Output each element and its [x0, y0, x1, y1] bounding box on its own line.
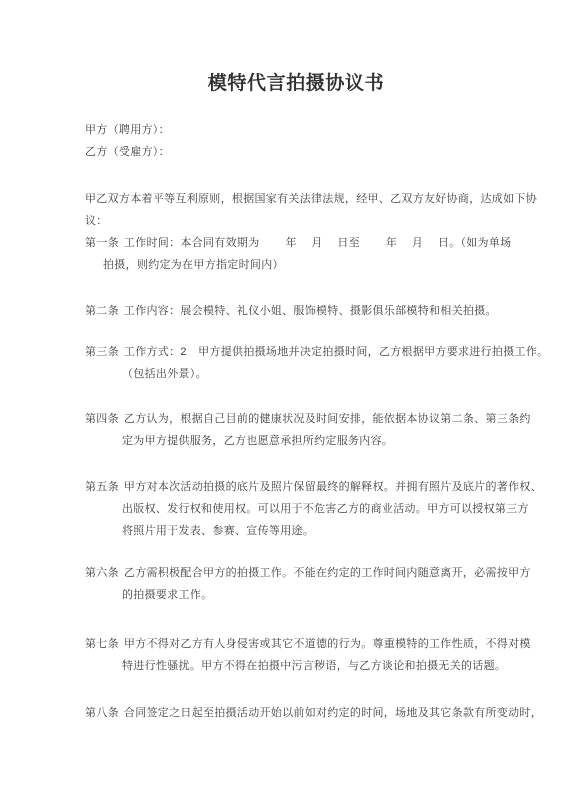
clause-4-text: 定为甲方提供服务，乙方也愿意承担所约定服务内容。	[85, 430, 526, 452]
clause-line: 第五条甲方对本次活动拍摄的底片及照片保留最终的解释权。并拥有照片及底片的著作权、	[85, 476, 526, 498]
clause-line: 第八条合同签定之日起至拍摄活动开始以前如对约定的时间，场地及其它条款有所变动时，	[85, 702, 526, 724]
clause-8-text: 合同签定之日起至拍摄活动开始以前如对约定的时间，场地及其它条款有所变动时，	[124, 707, 542, 719]
clause-line: 第二条工作内容：展会模特、礼仪小姐、服饰模特、摄影俱乐部模特和相关拍摄。	[85, 300, 526, 322]
clause-7: 第七条甲方不得对乙方有人身侵害或其它不道德的行为。尊重模特的工作性质，不得对模 …	[85, 633, 526, 677]
clause-6: 第六条乙方需积极配合甲方的拍摄工作。不能在约定的工作时间内随意离开，必需按甲方 …	[85, 562, 526, 606]
clause-3-number: 第三条	[85, 346, 119, 358]
clause-6-text: 的拍摄要求工作。	[85, 584, 526, 606]
clause-line: 第七条甲方不得对乙方有人身侵害或其它不道德的行为。尊重模特的工作性质，不得对模	[85, 633, 526, 655]
preamble-line: 议：	[85, 210, 526, 232]
clause-8-number: 第八条	[85, 707, 119, 719]
party-a-line: 甲方（聘用方）：	[85, 119, 170, 141]
party-b-line: 乙方（受雇方）：	[85, 141, 170, 163]
clause-1-number: 第一条	[85, 237, 119, 249]
clause-3-text: 工作方式：2 甲方提供拍摄场地并决定拍摄时间，乙方根据甲方要求进行拍摄工作。	[124, 346, 549, 358]
clause-7-number: 第七条	[85, 638, 119, 650]
contract-document-page: 模特代言拍摄协议书 甲方（聘用方）： 乙方（受雇方）： 甲乙双方本着平等互利原则…	[0, 0, 566, 800]
clause-6-text: 乙方需积极配合甲方的拍摄工作。不能在约定的工作时间内随意离开，必需按甲方	[124, 567, 531, 579]
clause-1-text: 工作时间：本合同有效期为 年 月 日至 年 月 日。（如为单场	[124, 237, 512, 249]
clause-5-text: 出版权、发行权和使用权。可以用于不危害乙方的商业活动。甲方可以授权第三方	[85, 498, 526, 520]
clause-3-text: （包括出外景）。	[85, 363, 526, 385]
clause-4-number: 第四条	[85, 413, 119, 425]
clause-line: 第一条工作时间：本合同有效期为 年 月 日至 年 月 日。（如为单场	[85, 232, 526, 254]
clause-5-text: 甲方对本次活动拍摄的底片及照片保留最终的解释权。并拥有照片及底片的著作权、	[124, 481, 542, 493]
document-title: 模特代言拍摄协议书	[85, 71, 507, 97]
clause-3: 第三条工作方式：2 甲方提供拍摄场地并决定拍摄时间，乙方根据甲方要求进行拍摄工作…	[85, 341, 526, 385]
clause-7-text: 特进行性骚扰。甲方不得在拍摄中污言秽语，与乙方谈论和拍摄无关的话题。	[85, 655, 526, 677]
clause-4: 第四条乙方认为，根据自己目前的健康状况及时间安排，能依据本协议第二条、第三条约 …	[85, 408, 526, 452]
clause-2-text: 工作内容：展会模特、礼仪小姐、服饰模特、摄影俱乐部模特和相关拍摄。	[124, 305, 497, 317]
clause-5-text: 将照片用于发表、参赛、宣传等用途。	[85, 520, 526, 542]
clause-line: 第四条乙方认为，根据自己目前的健康状况及时间安排，能依据本协议第二条、第三条约	[85, 408, 526, 430]
clause-2-number: 第二条	[85, 305, 119, 317]
clause-6-number: 第六条	[85, 567, 119, 579]
clause-8: 第八条合同签定之日起至拍摄活动开始以前如对约定的时间，场地及其它条款有所变动时，	[85, 702, 526, 724]
clause-7-text: 甲方不得对乙方有人身侵害或其它不道德的行为。尊重模特的工作性质，不得对模	[124, 638, 531, 650]
clause-1: 第一条工作时间：本合同有效期为 年 月 日至 年 月 日。（如为单场 拍摄，则约…	[85, 232, 526, 276]
clause-line: 第六条乙方需积极配合甲方的拍摄工作。不能在约定的工作时间内随意离开，必需按甲方	[85, 562, 526, 584]
clause-4-text: 乙方认为，根据自己目前的健康状况及时间安排，能依据本协议第二条、第三条约	[124, 413, 531, 425]
clause-5-number: 第五条	[85, 481, 119, 493]
clause-5: 第五条甲方对本次活动拍摄的底片及照片保留最终的解释权。并拥有照片及底片的著作权、…	[85, 476, 526, 542]
preamble: 甲乙双方本着平等互利原则，根据国家有关法律法规，经甲、乙双方友好协商，达成如下协…	[85, 188, 526, 232]
clause-line: 第三条工作方式：2 甲方提供拍摄场地并决定拍摄时间，乙方根据甲方要求进行拍摄工作…	[85, 341, 526, 363]
preamble-line: 甲乙双方本着平等互利原则，根据国家有关法律法规，经甲、乙双方友好协商，达成如下协	[85, 188, 526, 210]
clause-2: 第二条工作内容：展会模特、礼仪小姐、服饰模特、摄影俱乐部模特和相关拍摄。	[85, 300, 526, 322]
clause-1-text: 拍摄，则约定为在甲方指定时间内）	[85, 254, 526, 276]
